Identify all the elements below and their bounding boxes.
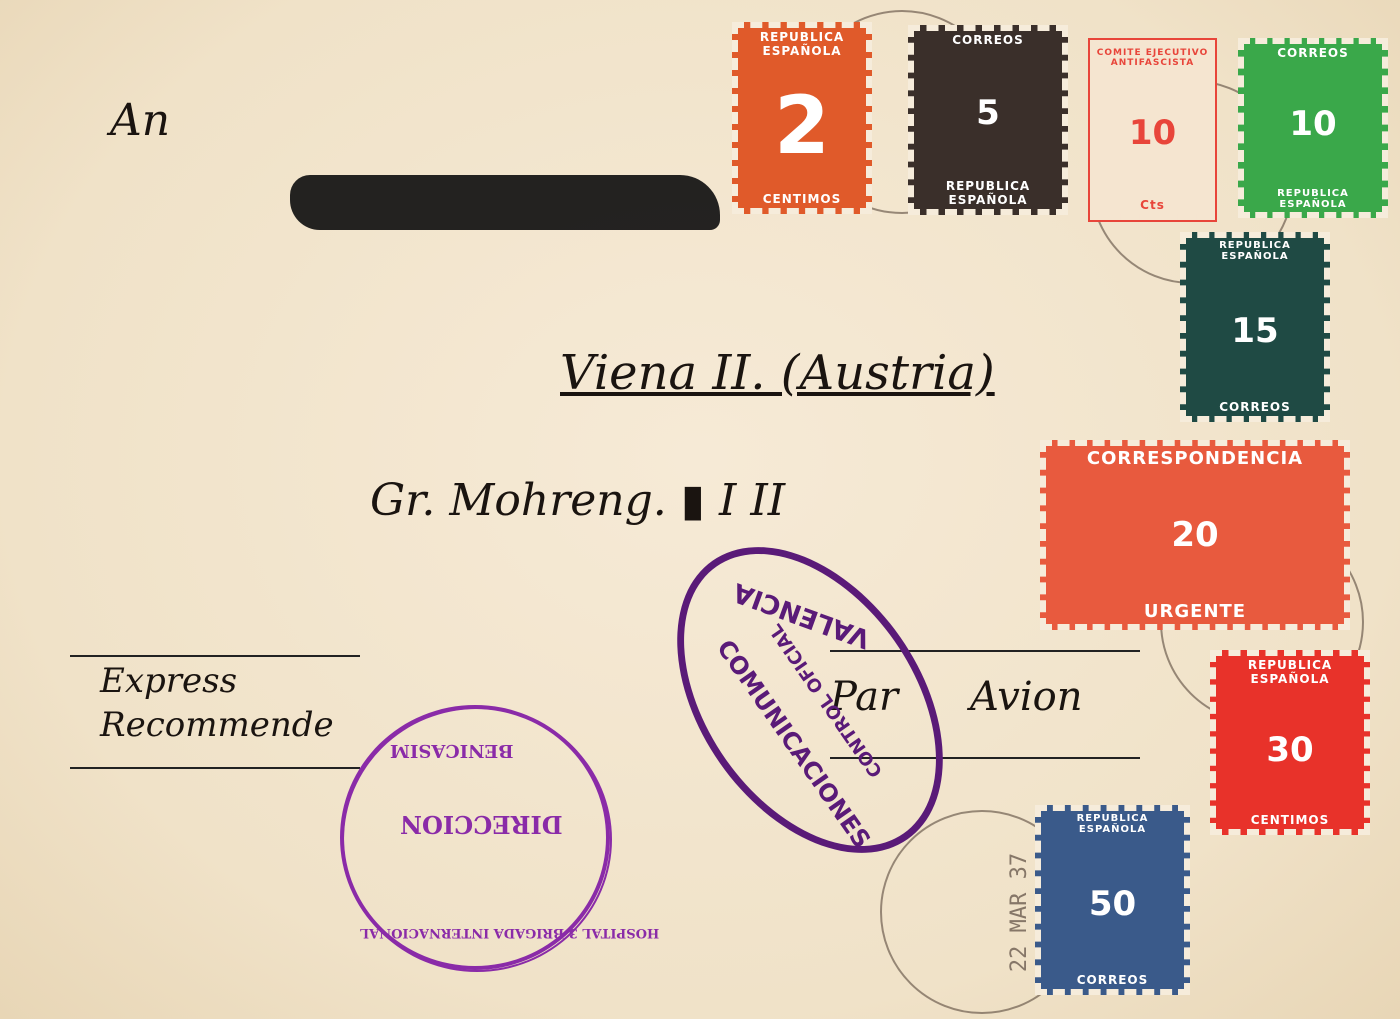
express-label-box: Express Recommende bbox=[70, 655, 360, 769]
stamp-value: 20 bbox=[1171, 515, 1218, 555]
stamp-title: COMITE EJECUTIVO ANTIFASCISTA bbox=[1096, 46, 1209, 70]
stamp-title: CORREOS bbox=[1277, 44, 1349, 62]
street-line: Gr. Mohreng. ▮ I II bbox=[370, 475, 785, 526]
stamp-unit: Cts bbox=[1140, 196, 1165, 214]
stamp-value: 15 bbox=[1231, 311, 1278, 351]
city-line: Viena II. (Austria) bbox=[560, 345, 995, 401]
stamp-title: REPUBLICA ESPAÑOLA bbox=[1186, 238, 1324, 264]
postmark-date: 22 MAR 37 bbox=[1007, 853, 1032, 972]
redacted-name bbox=[290, 175, 720, 230]
stamp-value: 50 bbox=[1089, 884, 1136, 924]
stamp-10c-mariana: CORREOS 10 REPUBLICA ESPAÑOLA bbox=[1238, 38, 1388, 218]
stamp-5c: CORREOS 5 REPUBLICA ESPAÑOLA bbox=[908, 25, 1068, 215]
stamp-2c: REPUBLICA ESPAÑOLA 2 CENTIMOS bbox=[732, 22, 872, 214]
stamp-title: REPUBLICA ESPAÑOLA bbox=[1041, 811, 1184, 837]
stamp-value: 30 bbox=[1266, 730, 1313, 770]
stamp-20c-urgente: CORRESPONDENCIA 20 URGENTE bbox=[1040, 440, 1350, 630]
stamp-bottom: CORREOS bbox=[1077, 971, 1149, 989]
stamp-30c: REPUBLICA ESPAÑOLA 30 CENTIMOS bbox=[1210, 650, 1370, 835]
handstamp-center-text: DIRECCION bbox=[400, 810, 563, 839]
stamp-15c: REPUBLICA ESPAÑOLA 15 CORREOS bbox=[1180, 232, 1330, 422]
stamp-value: 5 bbox=[976, 93, 1000, 133]
handstamp-top-text: BENICASIM bbox=[390, 740, 513, 761]
stamp-unit: CENTIMOS bbox=[1251, 811, 1329, 829]
stamp-bottom: CORREOS bbox=[1219, 398, 1291, 416]
stamp-value: 10 bbox=[1129, 113, 1176, 153]
stamp-bottom: URGENTE bbox=[1144, 599, 1246, 624]
stamp-10c-antifascist: COMITE EJECUTIVO ANTIFASCISTA 10 Cts bbox=[1090, 40, 1215, 220]
addressee-prefix: An bbox=[110, 95, 170, 146]
stamp-title: CORREOS bbox=[952, 31, 1024, 49]
stamp-title: REPUBLICA ESPAÑOLA bbox=[738, 28, 866, 60]
express-label: Express bbox=[100, 661, 390, 701]
handstamp-outer-text: HOSPITAL 3 BRIGADA INTERNACIONAL bbox=[360, 925, 659, 940]
stamp-50c: REPUBLICA ESPAÑOLA 50 CORREOS bbox=[1035, 805, 1190, 995]
recommende-label: Recommende bbox=[100, 705, 390, 745]
avion-label: Avion bbox=[970, 674, 1083, 720]
stamp-value: 10 bbox=[1289, 104, 1336, 144]
stamp-title: CORRESPONDENCIA bbox=[1087, 446, 1303, 471]
stamp-bottom: REPUBLICA ESPAÑOLA bbox=[1244, 186, 1382, 212]
stamp-title: REPUBLICA ESPAÑOLA bbox=[1216, 656, 1364, 688]
stamp-unit: CENTIMOS bbox=[763, 190, 841, 208]
stamp-bottom: REPUBLICA ESPAÑOLA bbox=[914, 177, 1062, 209]
stamp-value: 2 bbox=[774, 79, 830, 172]
